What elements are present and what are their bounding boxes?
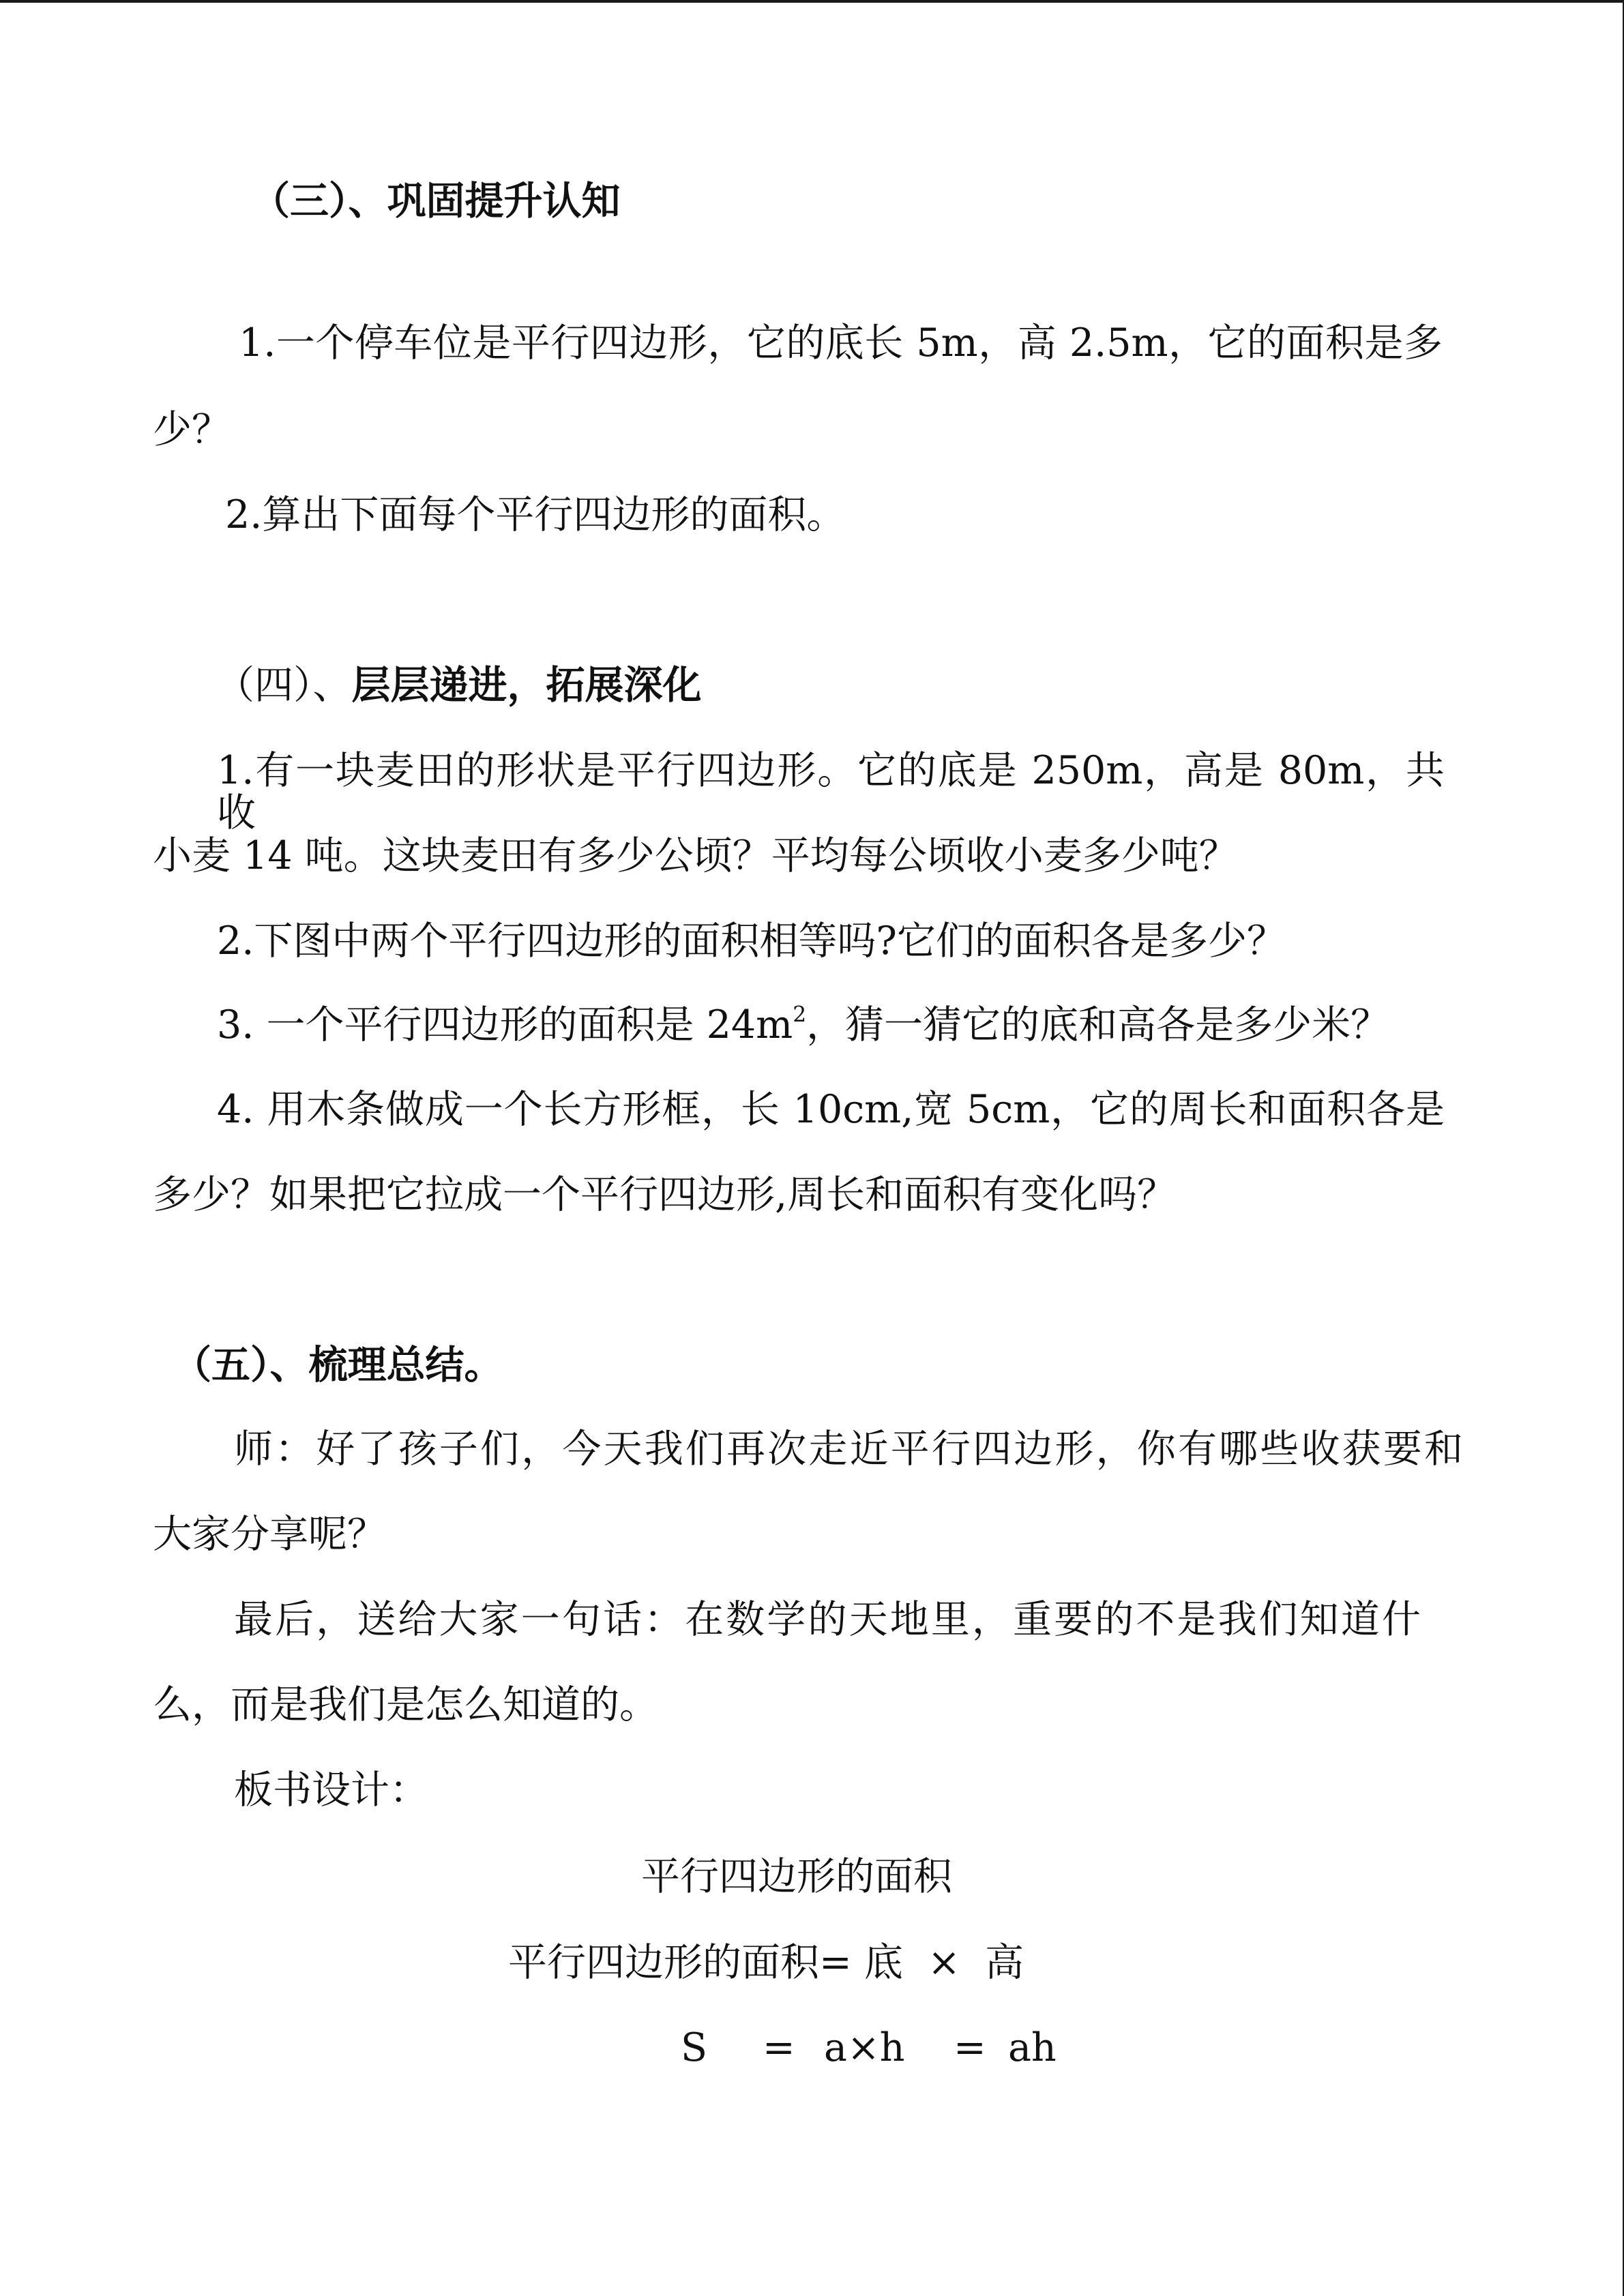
section5-p1-line2: 大家分享呢？	[153, 1513, 386, 1555]
section3-heading: （三）、巩固提升认知	[251, 180, 621, 222]
section4-q3-text: 3. 一个平行四边形的面积是 24m	[217, 1002, 793, 1047]
section3-q2: 2.算出下面每个平行四边形的面积。	[225, 494, 845, 536]
formula-equals-2: =	[954, 2027, 986, 2069]
board-formula-symbols: S = a×h = ah	[0, 2027, 1624, 2069]
section4-heading-title: 层层递进，拓展深化	[352, 662, 702, 708]
section4-q1-line2: 小麦 14 吨。这块麦田有多少公顷？平均每公顷收小麦多少吨？	[153, 835, 1238, 877]
section4-q3-text-end: ，猜一猜它的底和高各是多少米？	[806, 1002, 1389, 1047]
section4-q3: 3. 一个平行四边形的面积是 24m2，猜一猜它的底和高各是多少米？	[217, 1004, 1389, 1046]
section4-q2: 2.下图中两个平行四边形的面积相等吗?它们的面积各是多少？	[217, 920, 1286, 962]
document-page: （三）、巩固提升认知 1.一个停车位是平行四边形，它的底长 5m，高 2.5m，…	[0, 0, 1624, 2296]
formula-equals-1: =	[763, 2027, 795, 2069]
section5-p1-line1: 师：好了孩子们，今天我们再次走近平行四边形，你有哪些收获要和	[234, 1428, 1463, 1470]
section4-q4-line1: 4. 用木条做成一个长方形框，长 10cm,宽 5cm，它的周长和面积各是	[217, 1088, 1445, 1131]
board-formula-words: 平行四边形的面积= 底 × 高	[508, 1941, 1024, 1984]
board-design-label: 板书设计：	[234, 1769, 428, 1811]
board-title: 平行四边形的面积	[641, 1855, 952, 1898]
formula-a-times-h: a×h	[824, 2027, 904, 2069]
formula-ah: ah	[1008, 2027, 1057, 2069]
section5-p2-line1: 最后，送给大家一句话：在数学的天地里，重要的不是我们知道什	[234, 1598, 1421, 1641]
section5-heading: （五）、梳理总结。	[173, 1344, 503, 1386]
section5-p2-line2: 么，而是我们是怎么知道的。	[153, 1684, 658, 1726]
section4-q1-line1: 1.有一块麦田的形状是平行四边形。它的底是 250m，高是 80m，共收	[217, 749, 1445, 834]
section4-q4-line2: 多少？如果把它拉成一个平行四边形,周长和面积有变化吗？	[153, 1174, 1176, 1216]
section4-heading: （四）、层层递进，拓展深化	[216, 664, 702, 706]
section3-q1-line1: 1.一个停车位是平行四边形，它的底长 5m，高 2.5m，它的面积是多	[239, 322, 1443, 364]
section4-heading-prefix: （四）、	[216, 663, 352, 708]
section3-q1-line2: 少？	[153, 408, 231, 451]
formula-s: S	[681, 2027, 707, 2069]
superscript-two: 2	[793, 1003, 806, 1028]
